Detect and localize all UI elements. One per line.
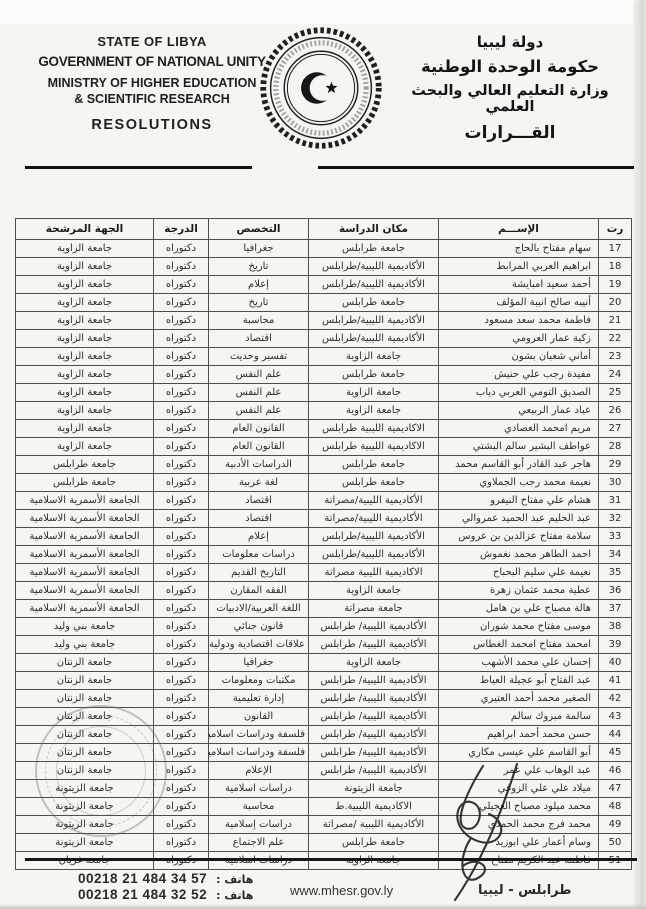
study-place-cell: جامعة الزيتونة — [309, 780, 439, 798]
degree-cell: دكتوراه — [154, 492, 209, 510]
degree-cell: دكتوراه — [154, 744, 209, 762]
specialization-cell: التاريخ القديم — [209, 564, 309, 582]
specialization-cell: القانون — [209, 708, 309, 726]
serial-cell: 35 — [599, 564, 632, 582]
degree-cell: دكتوراه — [154, 618, 209, 636]
nominating-entity-cell: جامعة الزنتان — [16, 708, 154, 726]
nominating-entity-cell: جامعة الزاوية — [16, 438, 154, 456]
specialization-cell: القانون العام — [209, 420, 309, 438]
ministry-title-line2: & SCIENTIFIC RESEARCH — [18, 92, 286, 106]
serial-cell: 30 — [599, 474, 632, 492]
serial-cell: 23 — [599, 348, 632, 366]
table-row: 41عبد الفتاح أبو عجيلة العياطالأكاديمية … — [16, 672, 632, 690]
table-row: 27مريم امحمد العصاديالاكاديمية الليبية ط… — [16, 420, 632, 438]
table-row: 46عبد الوهاب علي عمرالأكاديمية الليبية/ … — [16, 762, 632, 780]
table-row: 20أنيبه صالح انيبة المؤلفجامعة طرابلستار… — [16, 294, 632, 312]
study-place-cell: جامعة الزاوية — [309, 654, 439, 672]
specialization-cell: الإعلام — [209, 762, 309, 780]
specialization-cell: تفسير وحديث — [209, 348, 309, 366]
study-place-cell: الأكاديمية الليبية/ طرابلس — [309, 726, 439, 744]
phone-label-2: هاتف : — [216, 889, 253, 902]
table-row: 23أماني شعبان بشونجامعة الزاويةتفسير وحد… — [16, 348, 632, 366]
study-place-cell: الأكاديمية الليبية/ طرابلس — [309, 690, 439, 708]
nominating-entity-cell: الجامعة الأسمرية الاسلامية — [16, 564, 154, 582]
nominating-entity-cell: جامعة الزاوية — [16, 402, 154, 420]
resolutions-title: RESOLUTIONS — [18, 117, 286, 133]
study-place-cell: الأكاديمية الليبية/مصراتة — [309, 510, 439, 528]
table-row: 26عياد عمار الربيعيجامعة الزاويةعلم النف… — [16, 402, 632, 420]
name-cell: زكية عمار العرومي — [439, 330, 599, 348]
serial-cell: 39 — [599, 636, 632, 654]
specialization-cell: اقتصاد — [209, 330, 309, 348]
name-cell: مريم امحمد العصادي — [439, 420, 599, 438]
ministry-seal-icon — [258, 25, 384, 151]
study-place-cell: جامعة طرابلس — [309, 834, 439, 852]
nominating-entity-cell: جامعة الزنتان — [16, 762, 154, 780]
table-row: 37هالة مصباح علي بن هاملجامعة مصراتةاللغ… — [16, 600, 632, 618]
nominating-entity-cell: جامعة الزنتان — [16, 654, 154, 672]
nominating-entity-cell: جامعة بني وليد — [16, 618, 154, 636]
nominating-entity-cell: الجامعة الأسمرية الاسلامية — [16, 492, 154, 510]
table-row: 33سلامة مفتاح عزالدين بن عروسالأكاديمية … — [16, 528, 632, 546]
nominating-entity-cell: جامعة الزنتان — [16, 744, 154, 762]
scan-edge-bottom — [0, 904, 646, 909]
degree-cell: دكتوراه — [154, 726, 209, 744]
degree-cell: دكتوراه — [154, 780, 209, 798]
degree-cell: دكتوراه — [154, 330, 209, 348]
serial-cell: 17 — [599, 240, 632, 258]
study-place-cell: الأكاديمية الليبية/ طرابلس — [309, 636, 439, 654]
col-header-nominating-entity: الجهة المرشحة — [16, 219, 154, 240]
serial-cell: 37 — [599, 600, 632, 618]
specialization-cell: الدراسات الأدبية — [209, 456, 309, 474]
degree-cell: دكتوراه — [154, 528, 209, 546]
resolutions-table: رت الإســـم مكان الدراسة التخصص الدرجة ا… — [15, 218, 632, 870]
ministry-title-line1: MINISTRY OF HIGHER EDUCATION — [18, 76, 286, 90]
name-cell: ميلاد علي علي الزوغي — [439, 780, 599, 798]
degree-cell: دكتوراه — [154, 366, 209, 384]
name-cell: نعيمة علي سليم البحباح — [439, 564, 599, 582]
study-place-cell: جامعة الزاوية — [309, 384, 439, 402]
name-cell: عبد الحليم عبد الحميد عمروالي — [439, 510, 599, 528]
nominating-entity-cell: جامعة الزاوية — [16, 240, 154, 258]
degree-cell: دكتوراه — [154, 294, 209, 312]
table-row: 21فاطمة محمد سعد مسعودالأكاديمية الليبية… — [16, 312, 632, 330]
degree-cell: دكتوراه — [154, 600, 209, 618]
name-cell: محمد ميلود مصباح العجيلي — [439, 798, 599, 816]
table-row: 18ابراهيم العربي المرابطالأكاديمية الليب… — [16, 258, 632, 276]
table-row: 44حسن محمد أحمد ابراهيمالأكاديمية الليبي… — [16, 726, 632, 744]
degree-cell: دكتوراه — [154, 438, 209, 456]
specialization-cell: الفقه المقارن — [209, 582, 309, 600]
phone-number-1: 00218 21 484 34 57 — [78, 871, 207, 886]
degree-cell: دكتوراه — [154, 762, 209, 780]
specialization-cell: جغرافيا — [209, 240, 309, 258]
study-place-cell: الاكاديمية الليبية.ط — [309, 798, 439, 816]
study-place-cell: جامعة مصراتة — [309, 600, 439, 618]
name-cell: عبد الفتاح أبو عجيلة العياط — [439, 672, 599, 690]
table-row: 17سهام مفتاح بالحاججامعة طرابلسجغرافيادك… — [16, 240, 632, 258]
specialization-cell: علاقات اقتصادية ودولية — [209, 636, 309, 654]
specialization-cell: تاريخ — [209, 294, 309, 312]
specialization-cell: اقتصاد — [209, 492, 309, 510]
study-place-cell: الاكاديمية الليبية طرابلس — [309, 438, 439, 456]
specialization-cell: فلسفة ودراسات اسلامية — [209, 744, 309, 762]
nominating-entity-cell: جامعة الزنتان — [16, 672, 154, 690]
nominating-entity-cell: جامعة الزاوية — [16, 276, 154, 294]
table-row: 45أبو القاسم علي عيسى مكاريالأكاديمية ال… — [16, 744, 632, 762]
col-header-serial: رت — [599, 219, 632, 240]
degree-cell: دكتوراه — [154, 240, 209, 258]
name-cell: عبد الوهاب علي عمر — [439, 762, 599, 780]
study-place-cell: جامعة الزاوية — [309, 348, 439, 366]
specialization-cell: علم النفس — [209, 384, 309, 402]
degree-cell: دكتوراه — [154, 546, 209, 564]
table-row: 48محمد ميلود مصباح العجيليالاكاديمية الل… — [16, 798, 632, 816]
study-place-cell: جامعة طرابلس — [309, 474, 439, 492]
table-row: 25الصديق التومي العربي ديابجامعة الزاوية… — [16, 384, 632, 402]
name-cell: أبو القاسم علي عيسى مكاري — [439, 744, 599, 762]
study-place-cell: جامعة طرابلس — [309, 456, 439, 474]
degree-cell: دكتوراه — [154, 474, 209, 492]
table-row: 36عطية محمد عثمان زهرةجامعة الزاويةالفقه… — [16, 582, 632, 600]
table-row: 22زكية عمار العروميالأكاديمية الليبية/طر… — [16, 330, 632, 348]
name-cell: سالمة مبروك سالم — [439, 708, 599, 726]
nominating-entity-cell: جامعة الزاوية — [16, 258, 154, 276]
table-row: 34احمد الطاهر محمد نغموشالأكاديمية الليب… — [16, 546, 632, 564]
degree-cell: دكتوراه — [154, 636, 209, 654]
name-cell: امحمد مفتاح امحمد الغطاس — [439, 636, 599, 654]
table-row: 30نعيمة محمد رجب الجملاويجامعة طرابلسلغة… — [16, 474, 632, 492]
specialization-cell: محاسبة — [209, 312, 309, 330]
name-cell: إحسان علي محمد الأشهب — [439, 654, 599, 672]
header-english: STATE OF LIBYA GOVERNMENT OF NATIONAL UN… — [18, 34, 286, 133]
serial-cell: 47 — [599, 780, 632, 798]
col-header-name: الإســـم — [439, 219, 599, 240]
serial-cell: 50 — [599, 834, 632, 852]
degree-cell: دكتوراه — [154, 510, 209, 528]
table-row: 32عبد الحليم عبد الحميد عمرواليالأكاديمي… — [16, 510, 632, 528]
serial-cell: 34 — [599, 546, 632, 564]
name-cell: محمد فرج محمد الحمدي — [439, 816, 599, 834]
degree-cell: دكتوراه — [154, 708, 209, 726]
header-underline-left — [25, 166, 252, 169]
name-cell: موسى مفتاح محمد شوران — [439, 618, 599, 636]
header-underline-right — [318, 166, 634, 169]
nominating-entity-cell: جامعة الزاوية — [16, 366, 154, 384]
serial-cell: 24 — [599, 366, 632, 384]
specialization-cell: محاسبة — [209, 798, 309, 816]
table-row: 19أحمد سعيد امبايشةالأكاديمية الليبية/طر… — [16, 276, 632, 294]
specialization-cell: اقتصاد — [209, 510, 309, 528]
serial-cell: 45 — [599, 744, 632, 762]
nominating-entity-cell: جامعة الزيتونة — [16, 834, 154, 852]
specialization-cell: جغرافيا — [209, 654, 309, 672]
table-row: 38موسى مفتاح محمد شورانالأكاديمية الليبي… — [16, 618, 632, 636]
study-place-cell: الأكاديمية الليبية/ طرابلس — [309, 708, 439, 726]
specialization-cell: اللغة العربية/الادبيات — [209, 600, 309, 618]
nominating-entity-cell: جامعة الزاوية — [16, 420, 154, 438]
serial-cell: 25 — [599, 384, 632, 402]
degree-cell: دكتوراه — [154, 582, 209, 600]
serial-cell: 46 — [599, 762, 632, 780]
study-place-cell: الأكاديمية الليبية/ طرابلس — [309, 762, 439, 780]
name-cell: احمد الطاهر محمد نغموش — [439, 546, 599, 564]
name-cell: أماني شعبان بشون — [439, 348, 599, 366]
serial-cell: 43 — [599, 708, 632, 726]
degree-cell: دكتوراه — [154, 798, 209, 816]
serial-cell: 20 — [599, 294, 632, 312]
specialization-cell: فلسفة ودراسات اسلامية — [209, 726, 309, 744]
serial-cell: 32 — [599, 510, 632, 528]
serial-cell: 21 — [599, 312, 632, 330]
name-cell: عياد عمار الربيعي — [439, 402, 599, 420]
city-text: طرابلس - ليبيا — [478, 883, 571, 898]
study-place-cell: الأكاديمية الليبية/طرابلس — [309, 528, 439, 546]
table-row: 28عواطف البشير سالم البشتيالاكاديمية الل… — [16, 438, 632, 456]
government-title-ar: حكومة الوحدة الوطنية — [388, 57, 632, 76]
nominating-entity-cell: جامعة طرابلس — [16, 456, 154, 474]
nominating-entity-cell: الجامعة الأسمرية الاسلامية — [16, 600, 154, 618]
degree-cell: دكتوراه — [154, 276, 209, 294]
serial-cell: 49 — [599, 816, 632, 834]
study-place-cell: الأكاديمية الليبية/طرابلس — [309, 546, 439, 564]
name-cell: أنيبه صالح انيبة المؤلف — [439, 294, 599, 312]
serial-cell: 44 — [599, 726, 632, 744]
table-row: 50وسام أعمار علي ابوزيدجامعة طرابلسعلم ا… — [16, 834, 632, 852]
nominating-entity-cell: جامعة الزاوية — [16, 384, 154, 402]
serial-cell: 18 — [599, 258, 632, 276]
study-place-cell: الأكاديمية الليبية/ طرابلس — [309, 672, 439, 690]
serial-cell: 29 — [599, 456, 632, 474]
specialization-cell: دراسات اسلامية — [209, 780, 309, 798]
nominating-entity-cell: جامعة الزيتونة — [16, 798, 154, 816]
paper-top-margin — [0, 0, 633, 24]
specialization-cell: إدارة تعليمية — [209, 690, 309, 708]
specialization-cell: قانون جنائي — [209, 618, 309, 636]
nominating-entity-cell: جامعة الزاوية — [16, 312, 154, 330]
nominating-entity-cell: جامعة بني وليد — [16, 636, 154, 654]
government-title: GOVERNMENT OF NATIONAL UNITY — [18, 54, 286, 69]
specialization-cell: القانون العام — [209, 438, 309, 456]
name-cell: ابراهيم العربي المرابط — [439, 258, 599, 276]
study-place-cell: جامعة الزاوية — [309, 582, 439, 600]
specialization-cell: دراسات إسلامية — [209, 816, 309, 834]
nominating-entity-cell: الجامعة الأسمرية الاسلامية — [16, 528, 154, 546]
state-title-ar: دولة ليبيا — [388, 33, 632, 51]
footer-rule — [25, 858, 637, 861]
col-header-study-place: مكان الدراسة — [309, 219, 439, 240]
degree-cell: دكتوراه — [154, 672, 209, 690]
serial-cell: 36 — [599, 582, 632, 600]
name-cell: أحمد سعيد امبايشة — [439, 276, 599, 294]
name-cell: سهام مفتاح بالحاج — [439, 240, 599, 258]
study-place-cell: الأكاديمية الليبية/ طرابلس — [309, 744, 439, 762]
ministry-title-ar: وزارة التعليم العالي والبحث العلمي — [388, 83, 632, 115]
specialization-cell: علم الاجتماع — [209, 834, 309, 852]
degree-cell: دكتوراه — [154, 402, 209, 420]
name-cell: هاجر عبد القادر أبو القاسم محمد — [439, 456, 599, 474]
scan-edge — [633, 0, 646, 909]
phone-label-1: هاتف : — [216, 873, 253, 886]
name-cell: وسام أعمار علي ابوزيد — [439, 834, 599, 852]
state-title: STATE OF LIBYA — [18, 34, 286, 49]
specialization-cell: إعلام — [209, 276, 309, 294]
serial-cell: 28 — [599, 438, 632, 456]
degree-cell: دكتوراه — [154, 654, 209, 672]
serial-cell: 22 — [599, 330, 632, 348]
specialization-cell: لغة عربية — [209, 474, 309, 492]
degree-cell: دكتوراه — [154, 384, 209, 402]
degree-cell: دكتوراه — [154, 690, 209, 708]
degree-cell: دكتوراه — [154, 312, 209, 330]
phone-number-2: 00218 21 484 32 52 — [78, 887, 207, 902]
table-row: 39امحمد مفتاح امحمد الغطاسالأكاديمية الل… — [16, 636, 632, 654]
nominating-entity-cell: جامعة الزيتونة — [16, 816, 154, 834]
nominating-entity-cell: جامعة الزنتان — [16, 726, 154, 744]
name-cell: الصديق التومي العربي دياب — [439, 384, 599, 402]
header-arabic: دولة ليبيا حكومة الوحدة الوطنية وزارة ال… — [388, 33, 632, 143]
table-row: 24مفيدة رجب علي حنيشجامعة طرابلسعلم النف… — [16, 366, 632, 384]
name-cell: نعيمة محمد رجب الجملاوي — [439, 474, 599, 492]
study-place-cell: الاكاديمية الليبية مصراتة — [309, 564, 439, 582]
serial-cell: 31 — [599, 492, 632, 510]
name-cell: هشام علي مفتاح النيفرو — [439, 492, 599, 510]
study-place-cell: جامعة طرابلس — [309, 240, 439, 258]
phone-line-1: 00218 21 484 34 57 هاتف : — [78, 871, 253, 886]
specialization-cell: إعلام — [209, 528, 309, 546]
serial-cell: 27 — [599, 420, 632, 438]
study-place-cell: الأكاديمية الليبية/طرابلس — [309, 330, 439, 348]
serial-cell: 48 — [599, 798, 632, 816]
study-place-cell: الأكاديمية الليبية/طرابلس — [309, 276, 439, 294]
name-cell: الصغير محمد أحمد العتيري — [439, 690, 599, 708]
name-cell: مفيدة رجب علي حنيش — [439, 366, 599, 384]
serial-cell: 40 — [599, 654, 632, 672]
nominating-entity-cell: جامعة الزنتان — [16, 690, 154, 708]
study-place-cell: الأكاديمية الليبية /مصراتة — [309, 816, 439, 834]
serial-cell: 26 — [599, 402, 632, 420]
study-place-cell: جامعة الزاوية — [309, 402, 439, 420]
table-row: 43سالمة مبروك سالمالأكاديمية الليبية/ طر… — [16, 708, 632, 726]
serial-cell: 42 — [599, 690, 632, 708]
study-place-cell: الأكاديمية الليبية/ طرابلس — [309, 618, 439, 636]
degree-cell: دكتوراه — [154, 420, 209, 438]
footer-phones: 00218 21 484 34 57 هاتف : 00218 21 484 3… — [78, 871, 253, 902]
name-cell: سلامة مفتاح عزالدين بن عروس — [439, 528, 599, 546]
degree-cell: دكتوراه — [154, 348, 209, 366]
table-row: 29هاجر عبد القادر أبو القاسم محمدجامعة ط… — [16, 456, 632, 474]
specialization-cell: علم النفس — [209, 366, 309, 384]
nominating-entity-cell: جامعة الزيتونة — [16, 780, 154, 798]
col-header-specialization: التخصص — [209, 219, 309, 240]
specialization-cell: دراسات معلومات — [209, 546, 309, 564]
degree-cell: دكتوراه — [154, 816, 209, 834]
resolutions-title-ar: القـــرارات — [388, 123, 632, 143]
name-cell: عواطف البشير سالم البشتي — [439, 438, 599, 456]
table-body: 17سهام مفتاح بالحاججامعة طرابلسجغرافيادك… — [16, 240, 632, 870]
degree-cell: دكتوراه — [154, 258, 209, 276]
nominating-entity-cell: الجامعة الأسمرية الاسلامية — [16, 510, 154, 528]
name-cell: فاطمة محمد سعد مسعود — [439, 312, 599, 330]
serial-cell: 19 — [599, 276, 632, 294]
specialization-cell: تاريخ — [209, 258, 309, 276]
nominating-entity-cell: الجامعة الأسمرية الاسلامية — [16, 546, 154, 564]
serial-cell: 41 — [599, 672, 632, 690]
study-place-cell: جامعة طرابلس — [309, 294, 439, 312]
nominating-entity-cell: الجامعة الأسمرية الاسلامية — [16, 582, 154, 600]
study-place-cell: الأكاديمية الليبية/طرابلس — [309, 312, 439, 330]
table-row: 35نعيمة علي سليم البحباحالاكاديمية الليب… — [16, 564, 632, 582]
name-cell: حسن محمد أحمد ابراهيم — [439, 726, 599, 744]
nominating-entity-cell: جامعة الزاوية — [16, 330, 154, 348]
nominating-entity-cell: جامعة طرابلس — [16, 474, 154, 492]
study-place-cell: الأكاديمية الليبية/مصراتة — [309, 492, 439, 510]
degree-cell: دكتوراه — [154, 564, 209, 582]
table-row: 49محمد فرج محمد الحمديالأكاديمية الليبية… — [16, 816, 632, 834]
degree-cell: دكتوراه — [154, 834, 209, 852]
study-place-cell: الأكاديمية الليبية/طرابلس — [309, 258, 439, 276]
table-row: 40إحسان علي محمد الأشهبجامعة الزاويةجغرا… — [16, 654, 632, 672]
name-cell: هالة مصباح علي بن هامل — [439, 600, 599, 618]
serial-cell: 38 — [599, 618, 632, 636]
name-cell: عطية محمد عثمان زهرة — [439, 582, 599, 600]
specialization-cell: مكتبات ومعلومات — [209, 672, 309, 690]
serial-cell: 33 — [599, 528, 632, 546]
nominating-entity-cell: جامعة الزاوية — [16, 294, 154, 312]
table-header-row: رت الإســـم مكان الدراسة التخصص الدرجة ا… — [16, 219, 632, 240]
study-place-cell: جامعة طرابلس — [309, 366, 439, 384]
document-page: STATE OF LIBYA GOVERNMENT OF NATIONAL UN… — [0, 0, 646, 909]
website-text: www.mhesr.gov.ly — [290, 883, 393, 898]
table-row: 42الصغير محمد أحمد العتيريالأكاديمية الل… — [16, 690, 632, 708]
degree-cell: دكتوراه — [154, 456, 209, 474]
table-row: 47ميلاد علي علي الزوغيجامعة الزيتونةدراس… — [16, 780, 632, 798]
phone-line-2: 00218 21 484 32 52 هاتف : — [78, 887, 253, 902]
col-header-degree: الدرجة — [154, 219, 209, 240]
specialization-cell: علم النفس — [209, 402, 309, 420]
table-row: 31هشام علي مفتاح النيفروالأكاديمية الليب… — [16, 492, 632, 510]
nominating-entity-cell: جامعة الزاوية — [16, 348, 154, 366]
study-place-cell: الاكاديمية الليبية طرابلس — [309, 420, 439, 438]
